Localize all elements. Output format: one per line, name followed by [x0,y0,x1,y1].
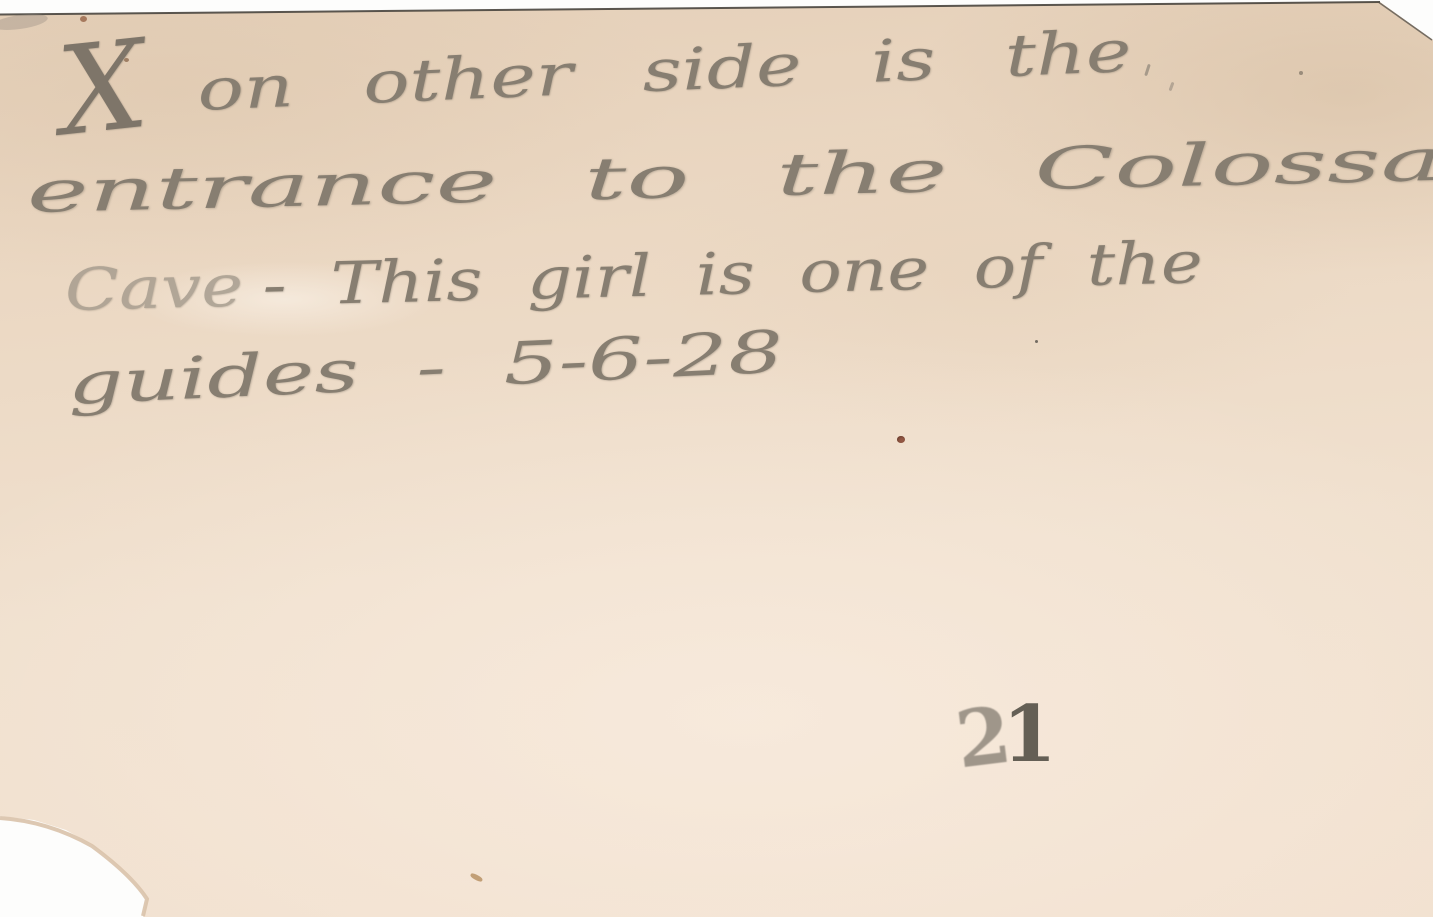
page-number-stamp: 21 [956,696,1049,774]
stain-speck [124,58,129,62]
stamp-digit: 1 [1002,696,1048,774]
stain-speck [897,436,905,443]
note-line-2: entrance to the Colossal [26,125,1433,226]
stain-speck [1035,340,1038,343]
stain-speck [1299,71,1303,75]
x-mark: X [52,13,153,163]
stamp-digit: 2 [952,697,1007,780]
stain-speck [80,16,87,22]
stray-pencil-tick [1144,64,1151,76]
note-line-3: Cave- This girl is one of the [64,228,1203,324]
postcard-paper: X on other side is the entrance to the C… [0,0,1433,917]
scanned-postcard-back: X on other side is the entrance to the C… [0,0,1433,917]
note-line-1: on other side is the [196,17,1133,124]
stain-speck [470,872,484,883]
stray-pencil-tick [1169,82,1175,91]
note-line-3-first-word: Cave [64,252,244,324]
note-line-3-rest: - This girl is one of the [262,228,1204,319]
